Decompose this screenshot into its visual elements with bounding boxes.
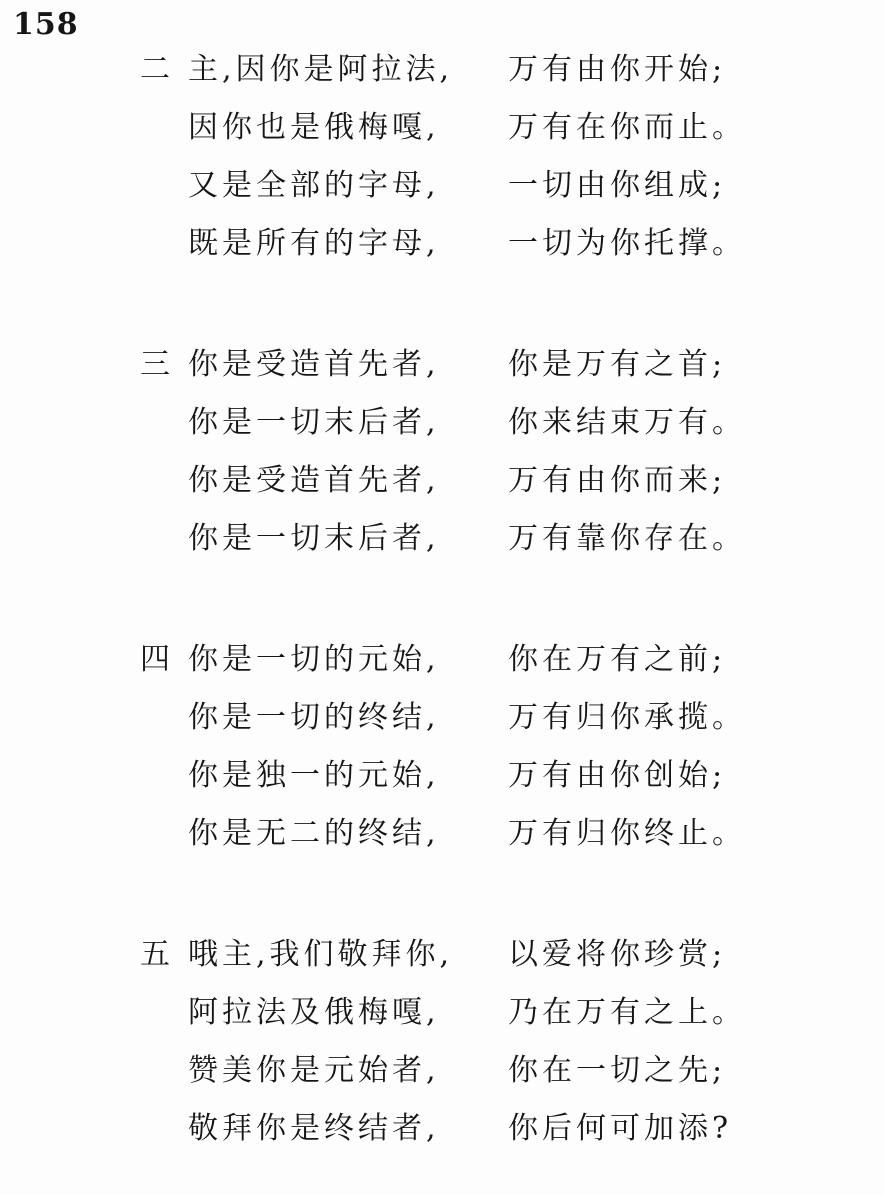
verse-line-left: 又是全部的字母, — [188, 157, 508, 215]
verse-line-left: 你是受造首先者, — [188, 336, 508, 394]
verse-line-left: 你是受造首先者, — [188, 452, 508, 510]
verse-line-left: 你是一切的终结, — [188, 689, 508, 747]
verse-line: 既是所有的字母, 一切为你托撑。 — [188, 215, 870, 273]
verse-line-right: 万有归你终止。 — [508, 805, 870, 863]
stanza-lines: 你是受造首先者, 你是万有之首; 你是一切末后者, 你来结束万有。 你是受造首先… — [188, 336, 870, 568]
verse-line-right: 你在一切之先; — [508, 1042, 870, 1100]
verse-line: 你是一切的终结, 万有归你承揽。 — [188, 689, 870, 747]
verse-line-right: 万有由你而来; — [508, 452, 870, 510]
verse-line-right: 万有在你而止。 — [508, 99, 870, 157]
stanza-number: 四 — [140, 631, 188, 689]
stanza: 三 你是受造首先者, 你是万有之首; 你是一切末后者, 你来结束万有。 你是受造… — [140, 336, 870, 568]
stanza-number: 二 — [140, 41, 188, 99]
verse-line-right: 你来结束万有。 — [508, 394, 870, 452]
stanza: 四 你是一切的元始, 你在万有之前; 你是一切的终结, 万有归你承揽。 你是独一… — [140, 631, 870, 863]
verse-line-left: 赞美你是元始者, — [188, 1042, 508, 1100]
verse-line-right: 乃在万有之上。 — [508, 984, 870, 1042]
verse-line: 又是全部的字母, 一切由你组成; — [188, 157, 870, 215]
verse-line-right: 万有由你创始; — [508, 747, 870, 805]
stanza-number: 三 — [140, 336, 188, 394]
verse-line-left: 因你也是俄梅嘎, — [188, 99, 508, 157]
verse-line-left: 你是独一的元始, — [188, 747, 508, 805]
verse-line: 你是受造首先者, 万有由你而来; — [188, 452, 870, 510]
verse-line-right: 你在万有之前; — [508, 631, 870, 689]
verse-line: 哦主,我们敬拜你, 以爱将你珍赏; — [188, 926, 870, 984]
verse-line: 你是受造首先者, 你是万有之首; — [188, 336, 870, 394]
verse-line: 你是独一的元始, 万有由你创始; — [188, 747, 870, 805]
verse-line-left: 你是无二的终结, — [188, 805, 508, 863]
verse-line: 你是一切末后者, 万有靠你存在。 — [188, 510, 870, 568]
verse-line-right: 以爱将你珍赏; — [508, 926, 870, 984]
verse-line: 主,因你是阿拉法, 万有由你开始; — [188, 41, 870, 99]
verse-line-left: 你是一切末后者, — [188, 510, 508, 568]
page-number: 158 — [13, 8, 79, 41]
verse-line-left: 敬拜你是终结者, — [188, 1100, 508, 1158]
verse-line: 敬拜你是终结者, 你后何可加添? — [188, 1100, 870, 1158]
verse-line: 你是一切末后者, 你来结束万有。 — [188, 394, 870, 452]
verse-line-left: 主,因你是阿拉法, — [188, 41, 508, 99]
verse-line: 阿拉法及俄梅嘎, 乃在万有之上。 — [188, 984, 870, 1042]
stanza-lines: 你是一切的元始, 你在万有之前; 你是一切的终结, 万有归你承揽。 你是独一的元… — [188, 631, 870, 863]
verse-line-right: 你是万有之首; — [508, 336, 870, 394]
verse-line-right: 你后何可加添? — [508, 1100, 870, 1158]
hymn-page: 158 二 主,因你是阿拉法, 万有由你开始; 因你也是俄梅嘎, 万有在你而止。… — [0, 0, 885, 1195]
verse-line: 赞美你是元始者, 你在一切之先; — [188, 1042, 870, 1100]
verse-line: 你是一切的元始, 你在万有之前; — [188, 631, 870, 689]
verse-line: 你是无二的终结, 万有归你终止。 — [188, 805, 870, 863]
verse-line-right: 万有归你承揽。 — [508, 689, 870, 747]
stanza-list: 二 主,因你是阿拉法, 万有由你开始; 因你也是俄梅嘎, 万有在你而止。 又是全… — [140, 41, 870, 1158]
stanza-lines: 主,因你是阿拉法, 万有由你开始; 因你也是俄梅嘎, 万有在你而止。 又是全部的… — [188, 41, 870, 273]
verse-line-left: 阿拉法及俄梅嘎, — [188, 984, 508, 1042]
verse-line: 因你也是俄梅嘎, 万有在你而止。 — [188, 99, 870, 157]
stanza-lines: 哦主,我们敬拜你, 以爱将你珍赏; 阿拉法及俄梅嘎, 乃在万有之上。 赞美你是元… — [188, 926, 870, 1158]
verse-line-right: 万有由你开始; — [508, 41, 870, 99]
verse-line-right: 一切由你组成; — [508, 157, 870, 215]
verse-line-left: 既是所有的字母, — [188, 215, 508, 273]
stanza-number: 五 — [140, 926, 188, 984]
verse-line-left: 你是一切末后者, — [188, 394, 508, 452]
verse-line-left: 你是一切的元始, — [188, 631, 508, 689]
stanza: 五 哦主,我们敬拜你, 以爱将你珍赏; 阿拉法及俄梅嘎, 乃在万有之上。 赞美你… — [140, 926, 870, 1158]
stanza: 二 主,因你是阿拉法, 万有由你开始; 因你也是俄梅嘎, 万有在你而止。 又是全… — [140, 41, 870, 273]
verse-line-left: 哦主,我们敬拜你, — [188, 926, 508, 984]
verse-line-right: 万有靠你存在。 — [508, 510, 870, 568]
verse-line-right: 一切为你托撑。 — [508, 215, 870, 273]
